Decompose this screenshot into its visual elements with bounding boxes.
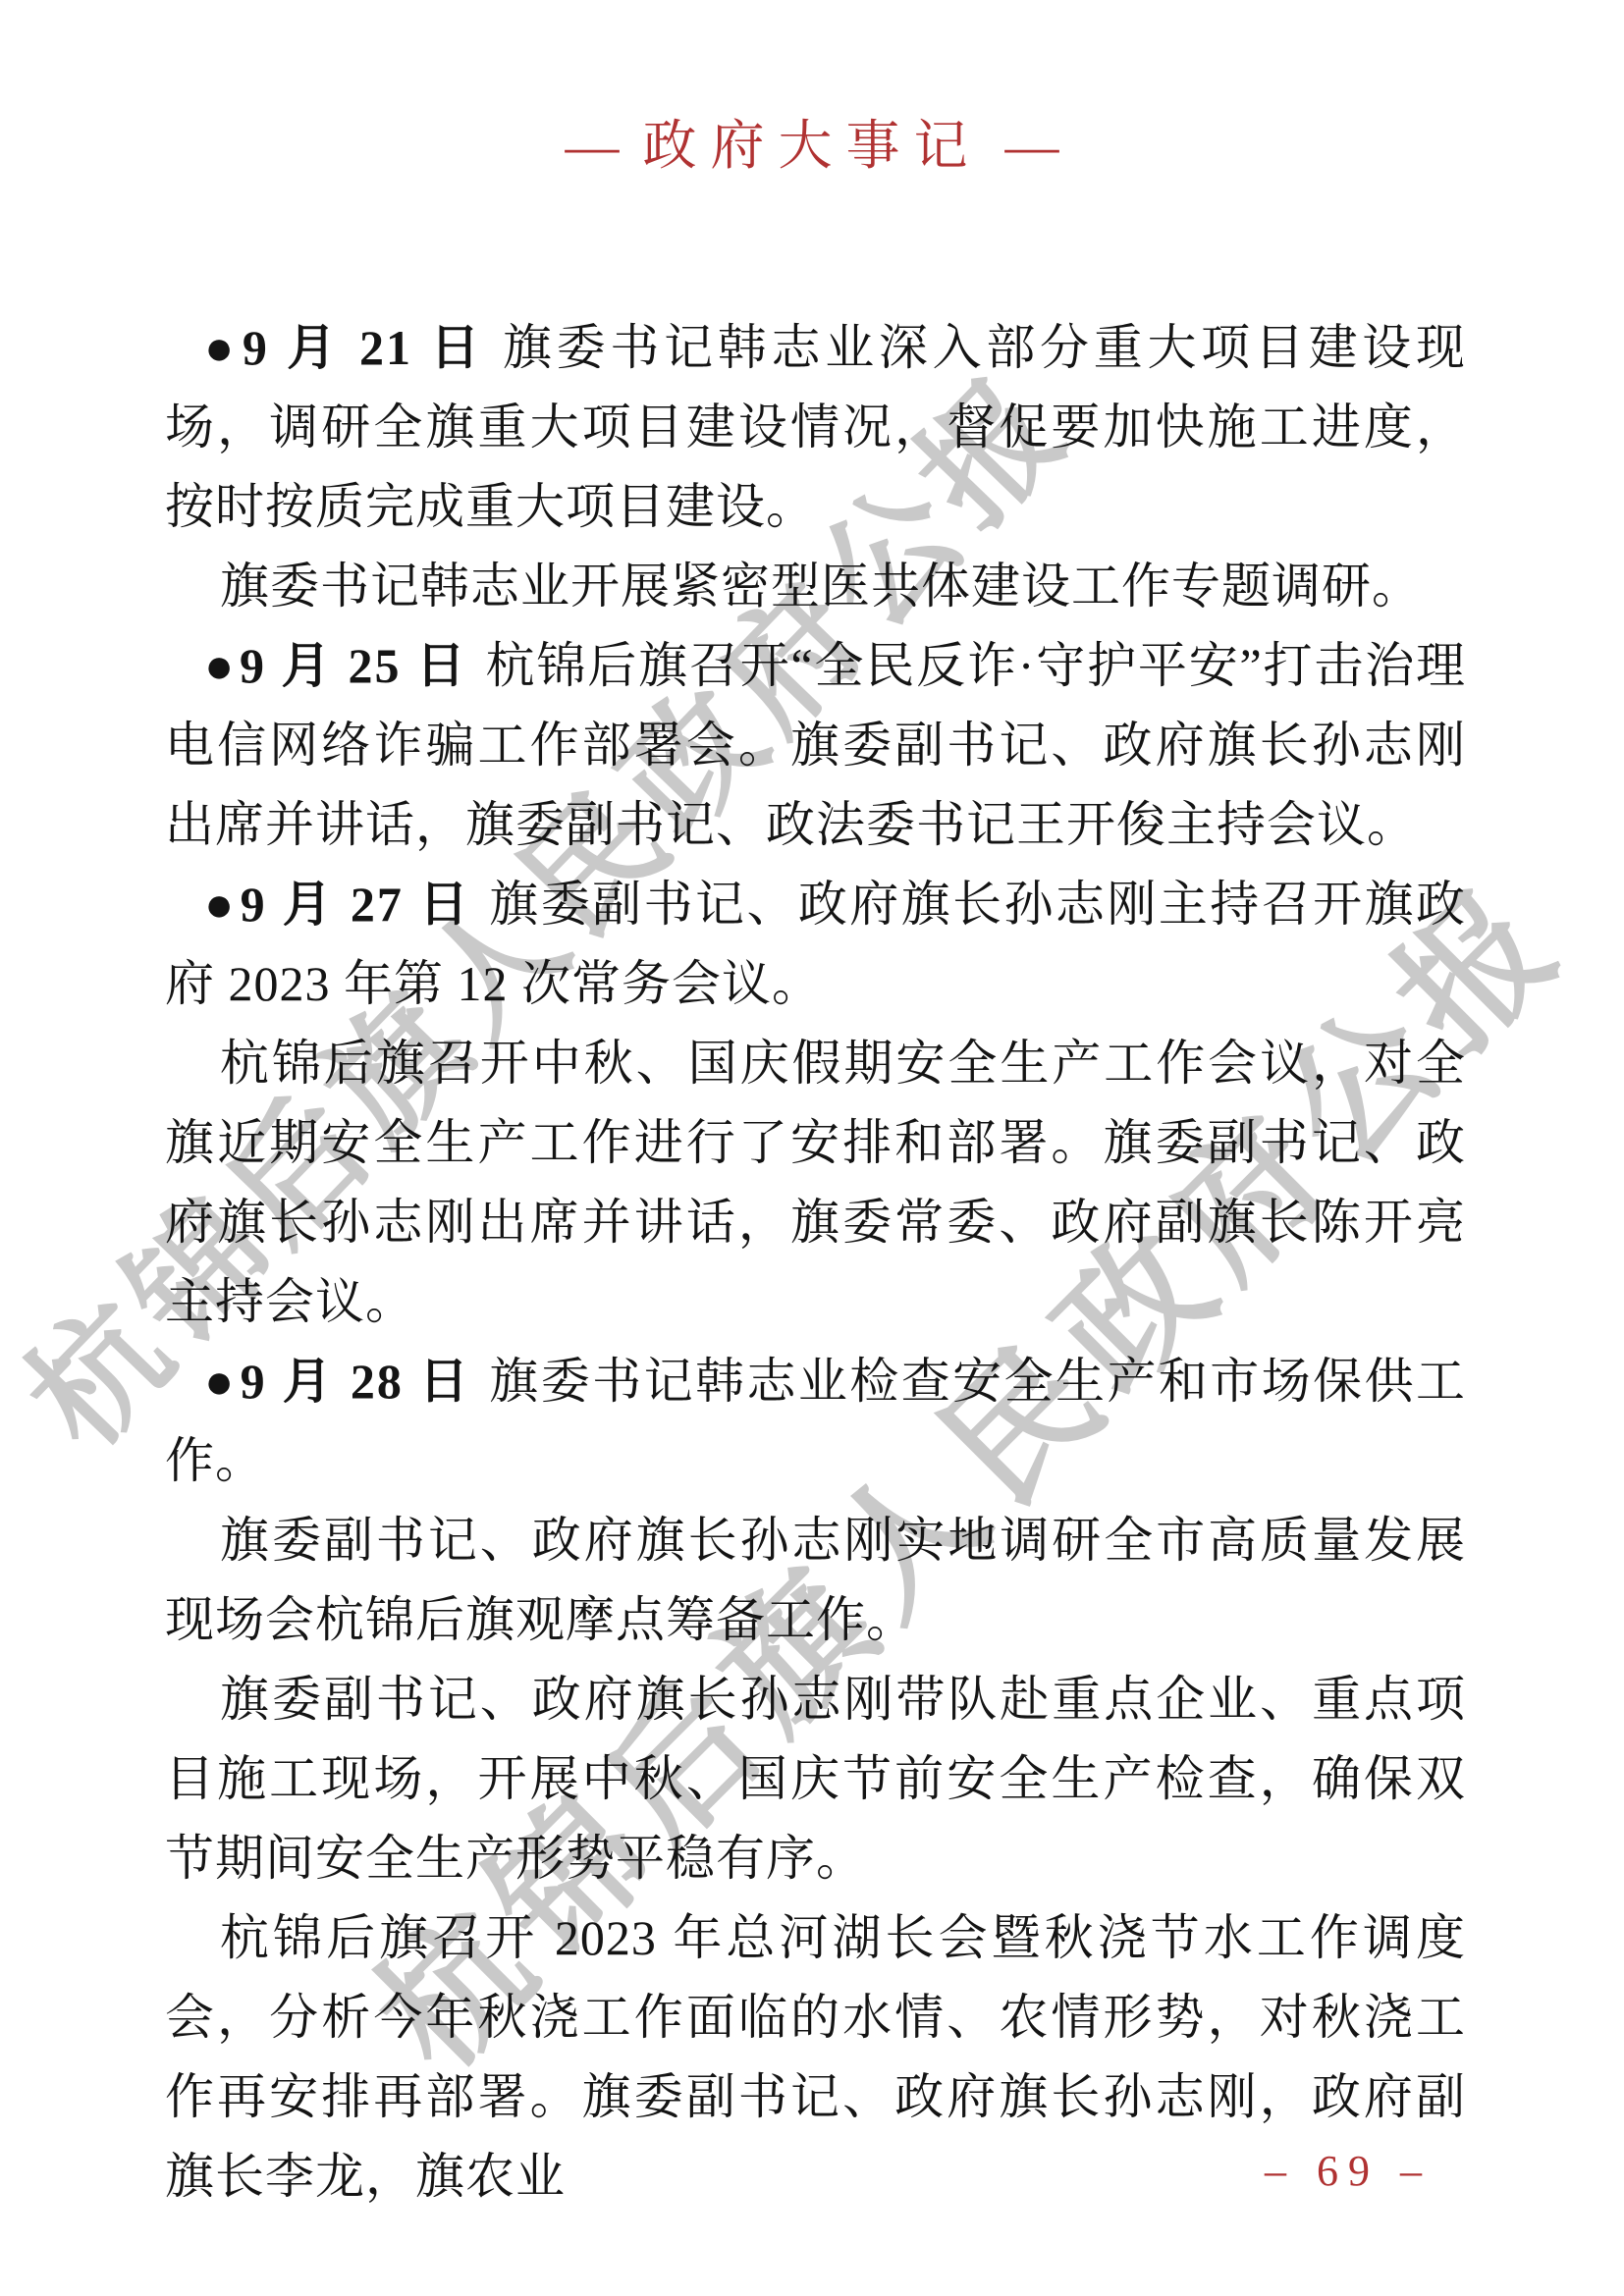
entry-text: 旗委副书记、政府旗长孙志刚实地调研全市高质量发展现场会杭锦后旗观摩点筹备工作。 bbox=[165, 1513, 1466, 1647]
header-dash-right: — bbox=[1005, 116, 1059, 176]
page-number-value: 69 bbox=[1317, 2147, 1380, 2195]
entry-date: 9 月 21 日 bbox=[243, 320, 485, 375]
entry-date: 9 月 27 日 bbox=[241, 877, 472, 932]
entry-sep-25: ●9 月 25 日杭锦后旗召开“全民反诈·守护平安”打击治理电信网络诈骗工作部署… bbox=[165, 626, 1466, 865]
entry-text: 旗委副书记、政府旗长孙志刚带队赴重点企业、重点项目施工现场，开展中秋、国庆节前安… bbox=[165, 1672, 1466, 1886]
entry-plain-2: 杭锦后旗召开中秋、国庆假期安全生产工作会议，对全旗近期安全生产工作进行了安排和部… bbox=[165, 1024, 1466, 1342]
document-body: ●9 月 21 日旗委书记韩志业深入部分重大项目建设现场，调研全旗重大项目建设情… bbox=[165, 308, 1466, 2216]
bullet-icon: ● bbox=[204, 877, 237, 932]
entry-plain-4: 旗委副书记、政府旗长孙志刚带队赴重点企业、重点项目施工现场，开展中秋、国庆节前安… bbox=[165, 1660, 1466, 1898]
entry-date: 9 月 25 日 bbox=[240, 638, 468, 693]
entry-sep-27: ●9 月 27 日旗委副书记、政府旗长孙志刚主持召开旗政府 2023 年第 12… bbox=[165, 865, 1466, 1024]
entry-sep-28: ●9 月 28 日旗委书记韩志业检查安全生产和市场保供工作。 bbox=[165, 1342, 1466, 1501]
header-dash-left: — bbox=[565, 116, 619, 176]
entry-date: 9 月 28 日 bbox=[241, 1354, 472, 1409]
entry-plain-1: 旗委书记韩志业开展紧密型医共体建设工作专题调研。 bbox=[165, 547, 1466, 626]
bullet-icon: ● bbox=[204, 320, 239, 375]
entry-text: 旗委书记韩志业开展紧密型医共体建设工作专题调研。 bbox=[220, 559, 1422, 614]
page-header: —政府大事记— bbox=[0, 116, 1624, 177]
bullet-icon: ● bbox=[204, 638, 236, 693]
page-number-dash-right: – bbox=[1400, 2147, 1432, 2195]
entry-sep-21: ●9 月 21 日旗委书记韩志业深入部分重大项目建设现场，调研全旗重大项目建设情… bbox=[165, 308, 1466, 547]
bullet-icon: ● bbox=[204, 1354, 237, 1409]
entry-text: 杭锦后旗召开中秋、国庆假期安全生产工作会议，对全旗近期安全生产工作进行了安排和部… bbox=[165, 1036, 1466, 1329]
page-number-dash-left: – bbox=[1265, 2147, 1296, 2195]
entry-plain-3: 旗委副书记、政府旗长孙志刚实地调研全市高质量发展现场会杭锦后旗观摩点筹备工作。 bbox=[165, 1501, 1466, 1660]
page-title: 政府大事记 bbox=[642, 116, 981, 176]
page-number: – 69 – bbox=[1265, 2146, 1432, 2196]
